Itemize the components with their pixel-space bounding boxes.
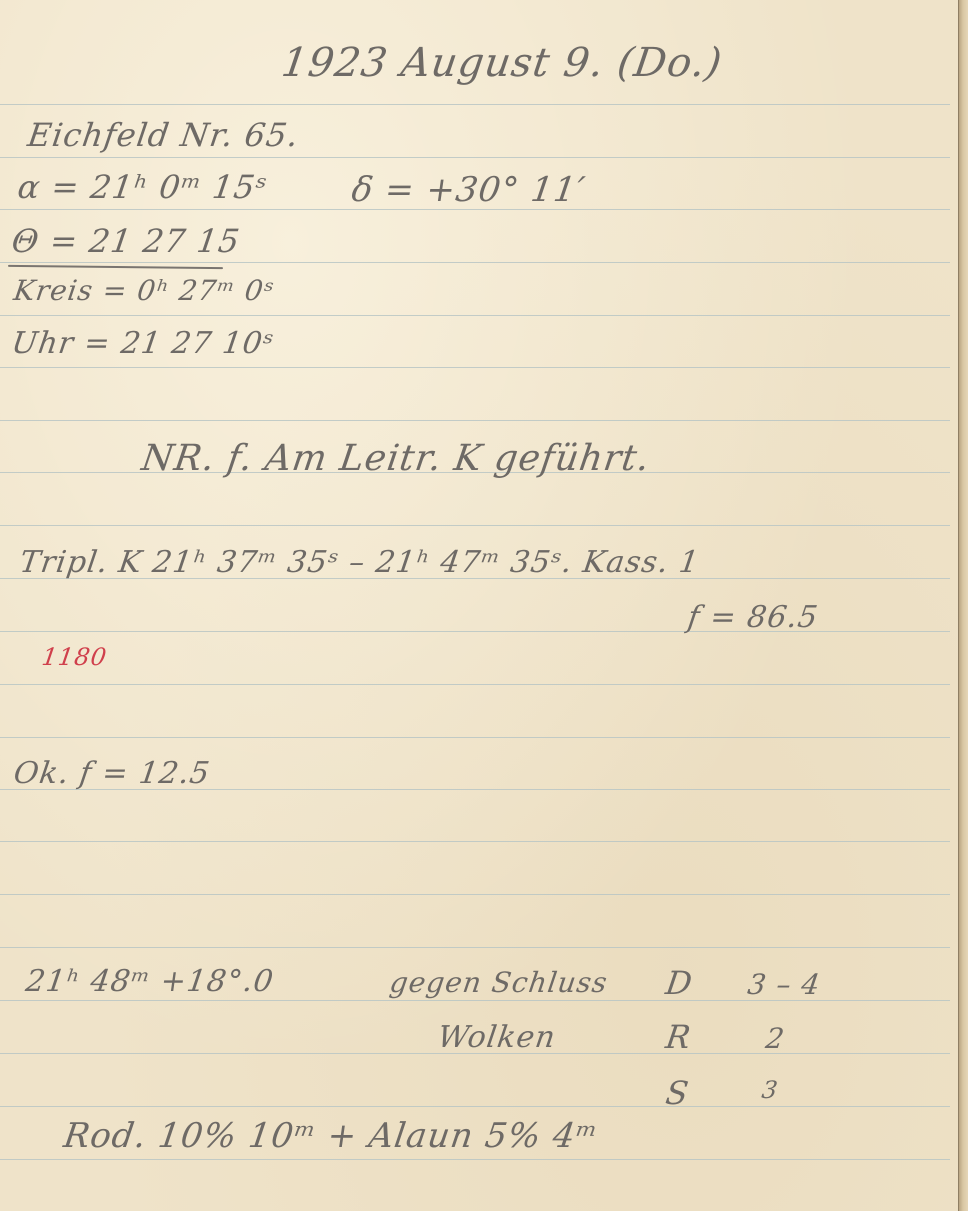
ruled-line — [0, 684, 950, 685]
ruled-line — [0, 157, 950, 158]
ruled-line — [0, 315, 950, 316]
ruled-line — [0, 737, 950, 738]
ruled-line — [0, 894, 950, 895]
rating-label-d: D — [663, 964, 695, 1002]
time-temperature: 21ʰ 48ᵐ +18°.0 — [24, 964, 277, 999]
sidereal-time: Θ = 21 27 15 — [9, 222, 242, 260]
focal-length: f = 86.5 — [686, 600, 821, 635]
ruled-line — [0, 841, 950, 842]
rating-label-r: R — [663, 1018, 693, 1056]
right-ascension: α = 21ʰ 0ᵐ 15ˢ — [15, 168, 269, 206]
plate-number: 1180 — [40, 643, 109, 671]
ruled-line — [0, 1106, 950, 1107]
object-name: Eichfeld Nr. 65. — [25, 116, 301, 154]
remark-gegen-schluss: gegen Schluss — [388, 966, 610, 999]
exposure-line: Tripl. K 21ʰ 37ᵐ 35ˢ – 21ʰ 47ᵐ 35ˢ. Kass… — [18, 545, 702, 580]
entry-date: 1923 August 9. (Do.) — [279, 40, 726, 86]
rating-value-d: 3 – 4 — [746, 968, 823, 1001]
ruled-line — [0, 367, 950, 368]
remark-wolken: Wolken — [436, 1020, 559, 1055]
ruled-line — [0, 104, 950, 105]
ruled-line — [0, 1159, 950, 1160]
sum-underline — [8, 265, 223, 269]
ruled-line — [0, 262, 950, 263]
guiding-note: NR. f. Am Leitr. K geführt. — [139, 438, 653, 479]
developer-note: Rod. 10% 10ᵐ + Alaun 5% 4ᵐ — [61, 1116, 600, 1156]
ruled-line — [0, 947, 950, 948]
clock-reading: Uhr = 21 27 10ˢ — [10, 326, 277, 361]
rating-value-s: 3 — [760, 1076, 780, 1104]
ruled-line — [0, 420, 950, 421]
declination: δ = +30° 11′ — [349, 170, 588, 210]
notebook-page: 1923 August 9. (Do.) Eichfeld Nr. 65. α … — [0, 0, 968, 1211]
rating-value-r: 2 — [764, 1022, 787, 1055]
ocular-focal: Ok. f = 12.5 — [12, 756, 213, 791]
ruled-line — [0, 525, 950, 526]
page-gutter — [958, 0, 968, 1211]
kreis-reading: Kreis = 0ʰ 27ᵐ 0ˢ — [12, 274, 277, 307]
